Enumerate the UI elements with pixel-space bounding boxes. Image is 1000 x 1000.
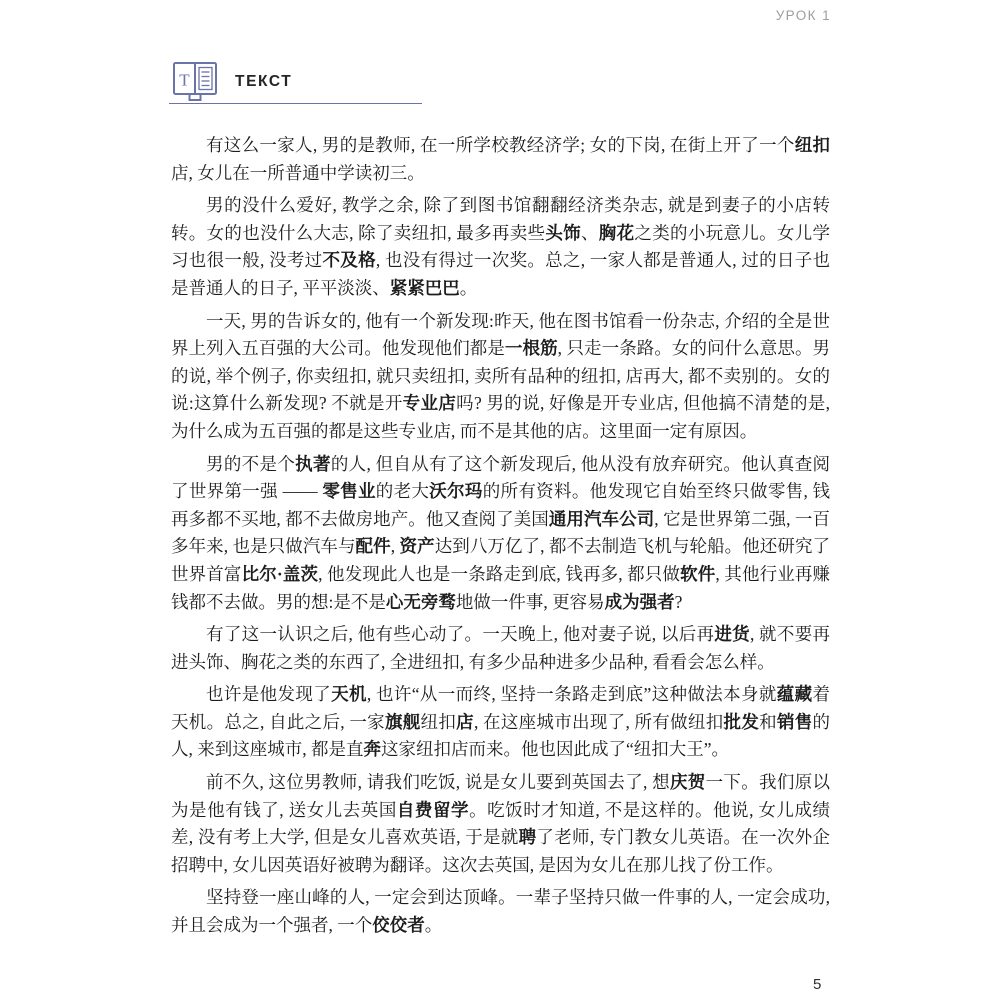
vocabulary-term: 心无旁骛 bbox=[386, 592, 456, 612]
vocabulary-term: 沃尔玛 bbox=[429, 481, 482, 501]
vocabulary-term: 比尔·盖茨 bbox=[242, 564, 319, 584]
vocabulary-term: 蕴藏 bbox=[777, 684, 813, 704]
vocabulary-term: 不及格 bbox=[322, 250, 375, 270]
vocabulary-term: 配件 bbox=[356, 536, 391, 556]
text-run: ? bbox=[675, 592, 683, 612]
vocabulary-term: 通用汽车公司 bbox=[549, 509, 654, 529]
paragraph: 有这么一家人, 男的是教师, 在一所学校教经济学; 女的下岗, 在街上开了一个纽… bbox=[171, 132, 830, 187]
vocabulary-term: 软件 bbox=[680, 564, 715, 584]
vocabulary-term: 自费留学 bbox=[397, 800, 469, 820]
text-run: 前不久, 这位男教师, 请我们吃饭, 说是女儿要到英国去了, 想 bbox=[206, 772, 670, 792]
paragraph: 有了这一认识之后, 他有些心动了。一天晚上, 他对妻子说, 以后再进货, 就不要… bbox=[171, 621, 830, 676]
section-title: ТЕКСТ bbox=[235, 73, 292, 91]
paragraph: 一天, 男的告诉女的, 他有一个新发现:昨天, 他在图书馆看一份杂志, 介绍的全… bbox=[171, 308, 830, 446]
text-run: , bbox=[391, 536, 400, 556]
text-run: 有这么一家人, 男的是教师, 在一所学校教经济学; 女的下岗, 在街上开了一个 bbox=[206, 135, 795, 155]
text-book-icon: T bbox=[171, 60, 219, 104]
vocabulary-term: 批发 bbox=[724, 712, 760, 732]
vocabulary-term: 一根筋 bbox=[505, 338, 558, 358]
vocabulary-term: 纽扣 bbox=[795, 135, 830, 155]
paragraph: 坚持登一座山峰的人, 一定会到达顶峰。一辈子坚持只做一件事的人, 一定会成功, … bbox=[171, 884, 830, 939]
text-run: 地做一件事, 更容易 bbox=[456, 592, 605, 612]
paragraph: 男的没什么爱好, 教学之余, 除了到图书馆翻翻经济类杂志, 就是到妻子的小店转转… bbox=[171, 192, 830, 302]
text-run: 这家纽扣店而来。他也因此成了“纽扣大王”。 bbox=[381, 739, 729, 759]
vocabulary-term: 旗舰 bbox=[385, 712, 421, 732]
text-run: 有了这一认识之后, 他有些心动了。一天晚上, 他对妻子说, 以后再 bbox=[206, 624, 714, 644]
text-run: , 也许“从一而终, 坚持一条路走到底”这种做法本身就 bbox=[367, 684, 777, 704]
text-run: 。 bbox=[425, 915, 443, 935]
vocabulary-term: 头饰 bbox=[545, 223, 581, 243]
vocabulary-term: 执著 bbox=[295, 454, 331, 474]
text-run: 。 bbox=[460, 278, 478, 298]
text-run: 和 bbox=[759, 712, 777, 732]
text-run: , 他发现此人也是一条路走到底, 钱再多, 都只做 bbox=[318, 564, 680, 584]
paragraph: 男的不是个执著的人, 但自从有了这个新发现后, 他从没有放弃研究。他认真查阅了世… bbox=[171, 451, 830, 617]
vocabulary-term: 店 bbox=[456, 712, 474, 732]
page-number: 5 bbox=[813, 976, 821, 993]
text-run: 男的不是个 bbox=[206, 454, 295, 474]
paragraph: 前不久, 这位男教师, 请我们吃饭, 说是女儿要到英国去了, 想庆贺一下。我们原… bbox=[171, 769, 830, 879]
svg-text:T: T bbox=[179, 71, 190, 90]
textbook-page: УРОК 1 T ТЕКСТ 有这么一家人, 男的是 bbox=[0, 0, 1000, 1000]
lesson-label: УРОК 1 bbox=[776, 8, 831, 23]
vocabulary-term: 聘 bbox=[519, 827, 537, 847]
text-run: 、 bbox=[581, 223, 599, 243]
vocabulary-term: 奔 bbox=[364, 739, 382, 759]
section-header: T ТЕКСТ bbox=[171, 60, 292, 104]
paragraph: 也许是他发现了天机, 也许“从一而终, 坚持一条路走到底”这种做法本身就蕴藏着天… bbox=[171, 681, 830, 764]
text-body: 有这么一家人, 男的是教师, 在一所学校教经济学; 女的下岗, 在街上开了一个纽… bbox=[171, 132, 830, 945]
vocabulary-term: 成为强者 bbox=[605, 592, 675, 612]
text-run: 坚持登一座山峰的人, 一定会到达顶峰。一辈子坚持只做一件事的人, 一定会成功, … bbox=[171, 887, 830, 935]
vocabulary-term: 佼佼者 bbox=[372, 915, 425, 935]
vocabulary-term: 专业店 bbox=[403, 393, 457, 413]
vocabulary-term: 进货 bbox=[714, 624, 750, 644]
vocabulary-term: 销售 bbox=[777, 712, 813, 732]
vocabulary-term: 紧紧巴巴 bbox=[390, 278, 460, 298]
text-run: 店, 女儿在一所普通中学读初三。 bbox=[171, 163, 425, 183]
text-run: , 在这座城市出现了, 所有做纽扣 bbox=[474, 712, 724, 732]
section-underline bbox=[169, 103, 422, 104]
text-run: 也许是他发现了 bbox=[206, 684, 331, 704]
text-run: 的老大 bbox=[376, 481, 429, 501]
text-run: 纽扣 bbox=[421, 712, 457, 732]
vocabulary-term: 零售业 bbox=[322, 481, 375, 501]
vocabulary-term: 资产 bbox=[400, 536, 435, 556]
vocabulary-term: 天机 bbox=[331, 684, 367, 704]
vocabulary-term: 庆贺 bbox=[670, 772, 706, 792]
vocabulary-term: 胸花 bbox=[599, 223, 635, 243]
